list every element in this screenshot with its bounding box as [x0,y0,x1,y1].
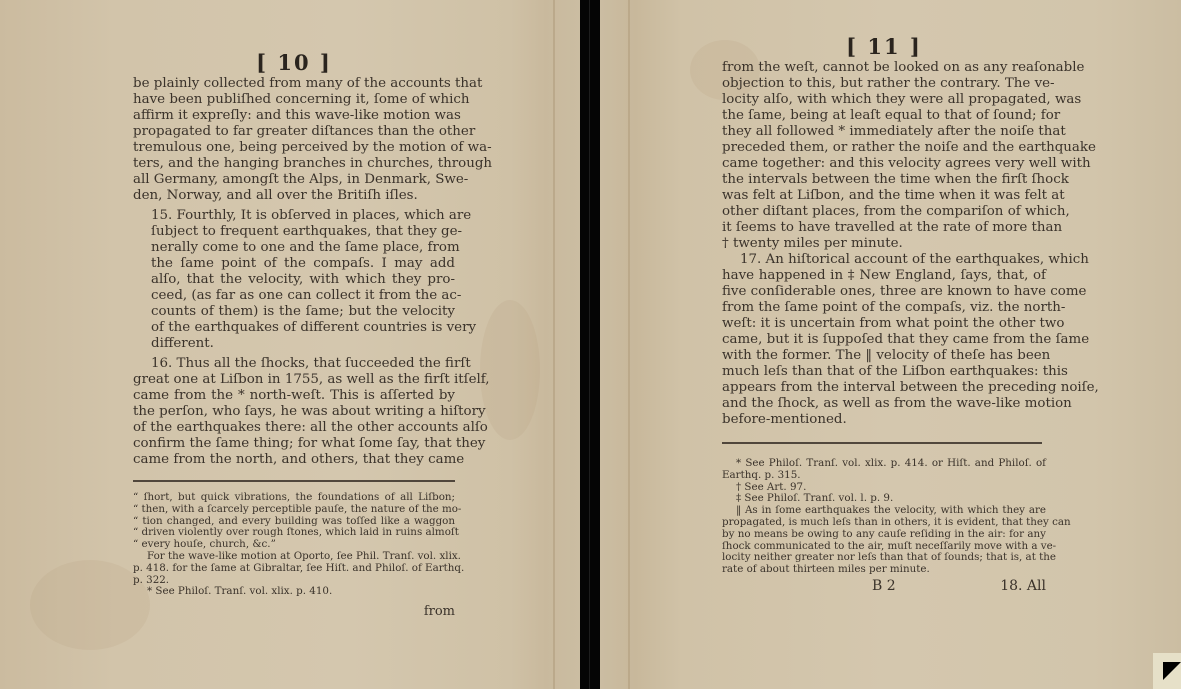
footnote-line: by no means be owing to any cauſe reſidi… [722,529,1046,541]
text-line: before-mentioned. [722,412,1046,428]
text-line: have been publiſhed concerning it, ſome … [133,92,455,108]
footnotes: * See Philoſ. Tranſ. vol. xlix. p. 414. … [722,458,1046,576]
text-line: of the earthquakes of different countrie… [151,320,455,336]
text-line: ceed, (as far as one can collect it from… [151,288,455,304]
section-15-first-line: 15. Fourthly, It is obſerved in places, … [151,208,455,224]
triangle-down-icon [1163,662,1181,680]
text-line: propagated to far greater diſtances than… [133,124,455,140]
page-number: [ 11 ] [722,34,1046,60]
text-line: tremulous one, being perceived by the mo… [133,140,455,156]
text-line: it ſeems to have travelled at the rate o… [722,220,1046,236]
text-line: ſubject to frequent earthquakes, that th… [151,224,455,240]
section-17-first-line: 17. An hiſtorical account of the earthqu… [722,252,1046,268]
spine-divider [580,0,600,689]
signature-row: B 2 18. All [722,578,1046,596]
text-line: have happened in ‡ New England, ſays, th… [722,268,1046,284]
text-line: with the former. The ‖ velocity of theſe… [722,348,1046,364]
text-line: den, Norway, and all over the Britiſh iſ… [133,188,455,204]
text-line: five conſiderable ones, three are known … [722,284,1046,300]
text-line: of the earthquakes there: all the other … [133,420,455,436]
text-line: confirm the ſame thing; for what ſome ſa… [133,436,455,452]
footnotes: “ ſhort, but quick vibrations, the found… [133,492,455,598]
text-line: weſt: it is uncertain from what point th… [722,316,1046,332]
text-line: other diſtant places, from the compariſo… [722,204,1046,220]
continuation-paragraph: from the weſt, cannot be looked on as an… [722,60,1046,252]
footnote-line: propagated, is much leſs than in others,… [722,517,1046,529]
text-line: counts of them) is the ſame; but the vel… [151,304,455,320]
book-spread: [ 10 ] be plainly collected from many of… [0,0,1181,689]
text-line: much leſs than that of the Liſbon earthq… [722,364,1046,380]
footnote-line: rate of about thirteen miles per minute. [722,564,1046,576]
text-line: appears from the interval between the pr… [722,380,1046,396]
text-line: came from the * north-weſt. This is aſſe… [133,388,455,404]
section-17: 17. An hiſtorical account of the earthqu… [722,252,1046,428]
text-line: from the ſame point of the compaſs, viz.… [722,300,1046,316]
page-turn-corner-button[interactable] [1153,653,1181,689]
section-16-first-line: 16. Thus all the ſhocks, that ſucceeded … [133,356,455,372]
text-line: preceded them, or rather the noiſe and t… [722,140,1046,156]
text-line: came, but it is ſuppoſed that they came … [722,332,1046,348]
section-16: 16. Thus all the ſhocks, that ſucceeded … [133,356,455,468]
text-line: locity alſo, with which they were all pr… [722,92,1046,108]
text-line: and the ſhock, as well as from the wave-… [722,396,1046,412]
footnote-star: * See Philoſ. Tranſ. vol. xlix. p. 410. [133,586,455,598]
text-line: ters, and the hanging branches in church… [133,156,455,172]
footnote-line: For the wave-like motion at Oporto, ſee … [133,551,455,563]
text-line: the perſon, who ſays, he was about writi… [133,404,455,420]
text-line: alſo, that the velocity, with which they… [151,272,455,288]
text-line: the ſame point of the compaſs. I may add [151,256,455,272]
text-line: the ſame, being at leaſt equal to that o… [722,108,1046,124]
text-line: be plainly collected from many of the ac… [133,76,455,92]
text-line: objection to this, but rather the contra… [722,76,1046,92]
text-line: all Germany, amongſt the Alps, in Denmar… [133,172,455,188]
catchword: from [424,604,455,619]
text-line: came from the north, and others, that th… [133,452,455,468]
text-line: they all followed * immediately after th… [722,124,1046,140]
text-line: affirm it expreſly: and this wave-like m… [133,108,455,124]
continuation-paragraph: be plainly collected from many of the ac… [133,76,455,204]
footnote-rule [722,442,1042,444]
text-line: came together: and this velocity agrees … [722,156,1046,172]
left-page-text: [ 10 ] be plainly collected from many of… [133,50,455,619]
text-line: nerally come to one and the ſame place, … [151,240,455,256]
text-line: from the weſt, cannot be looked on as an… [722,60,1046,76]
footnote-line: “ then, with a ſcarcely perceptible pauſ… [133,504,455,516]
printer-signature: B 2 [872,578,896,594]
gutter-crease-left [553,0,555,689]
catchword: 18. All [1000,578,1046,594]
catchword-row: from [133,604,455,619]
footnote-line: Earthq. p. 315. [722,470,1046,482]
text-line: † twenty miles per minute. [722,236,1046,252]
footnote-rule [133,480,455,482]
page-number: [ 10 ] [133,50,455,76]
right-page-text: [ 11 ] from the weſt, cannot be looked o… [722,34,1046,596]
section-15: 15. Fourthly, It is obſerved in places, … [133,208,455,352]
paper-stain [480,300,540,440]
text-line: great one at Liſbon in 1755, as well as … [133,372,455,388]
paper-stain [30,560,150,650]
text-line: different. [151,336,455,352]
text-line: the intervals between the time when the … [722,172,1046,188]
footnote-line: p. 418. for the ſame at Gibraltar, ſee H… [133,563,455,575]
gutter-crease-right [628,0,630,689]
text-line: was felt at Liſbon, and the time when it… [722,188,1046,204]
